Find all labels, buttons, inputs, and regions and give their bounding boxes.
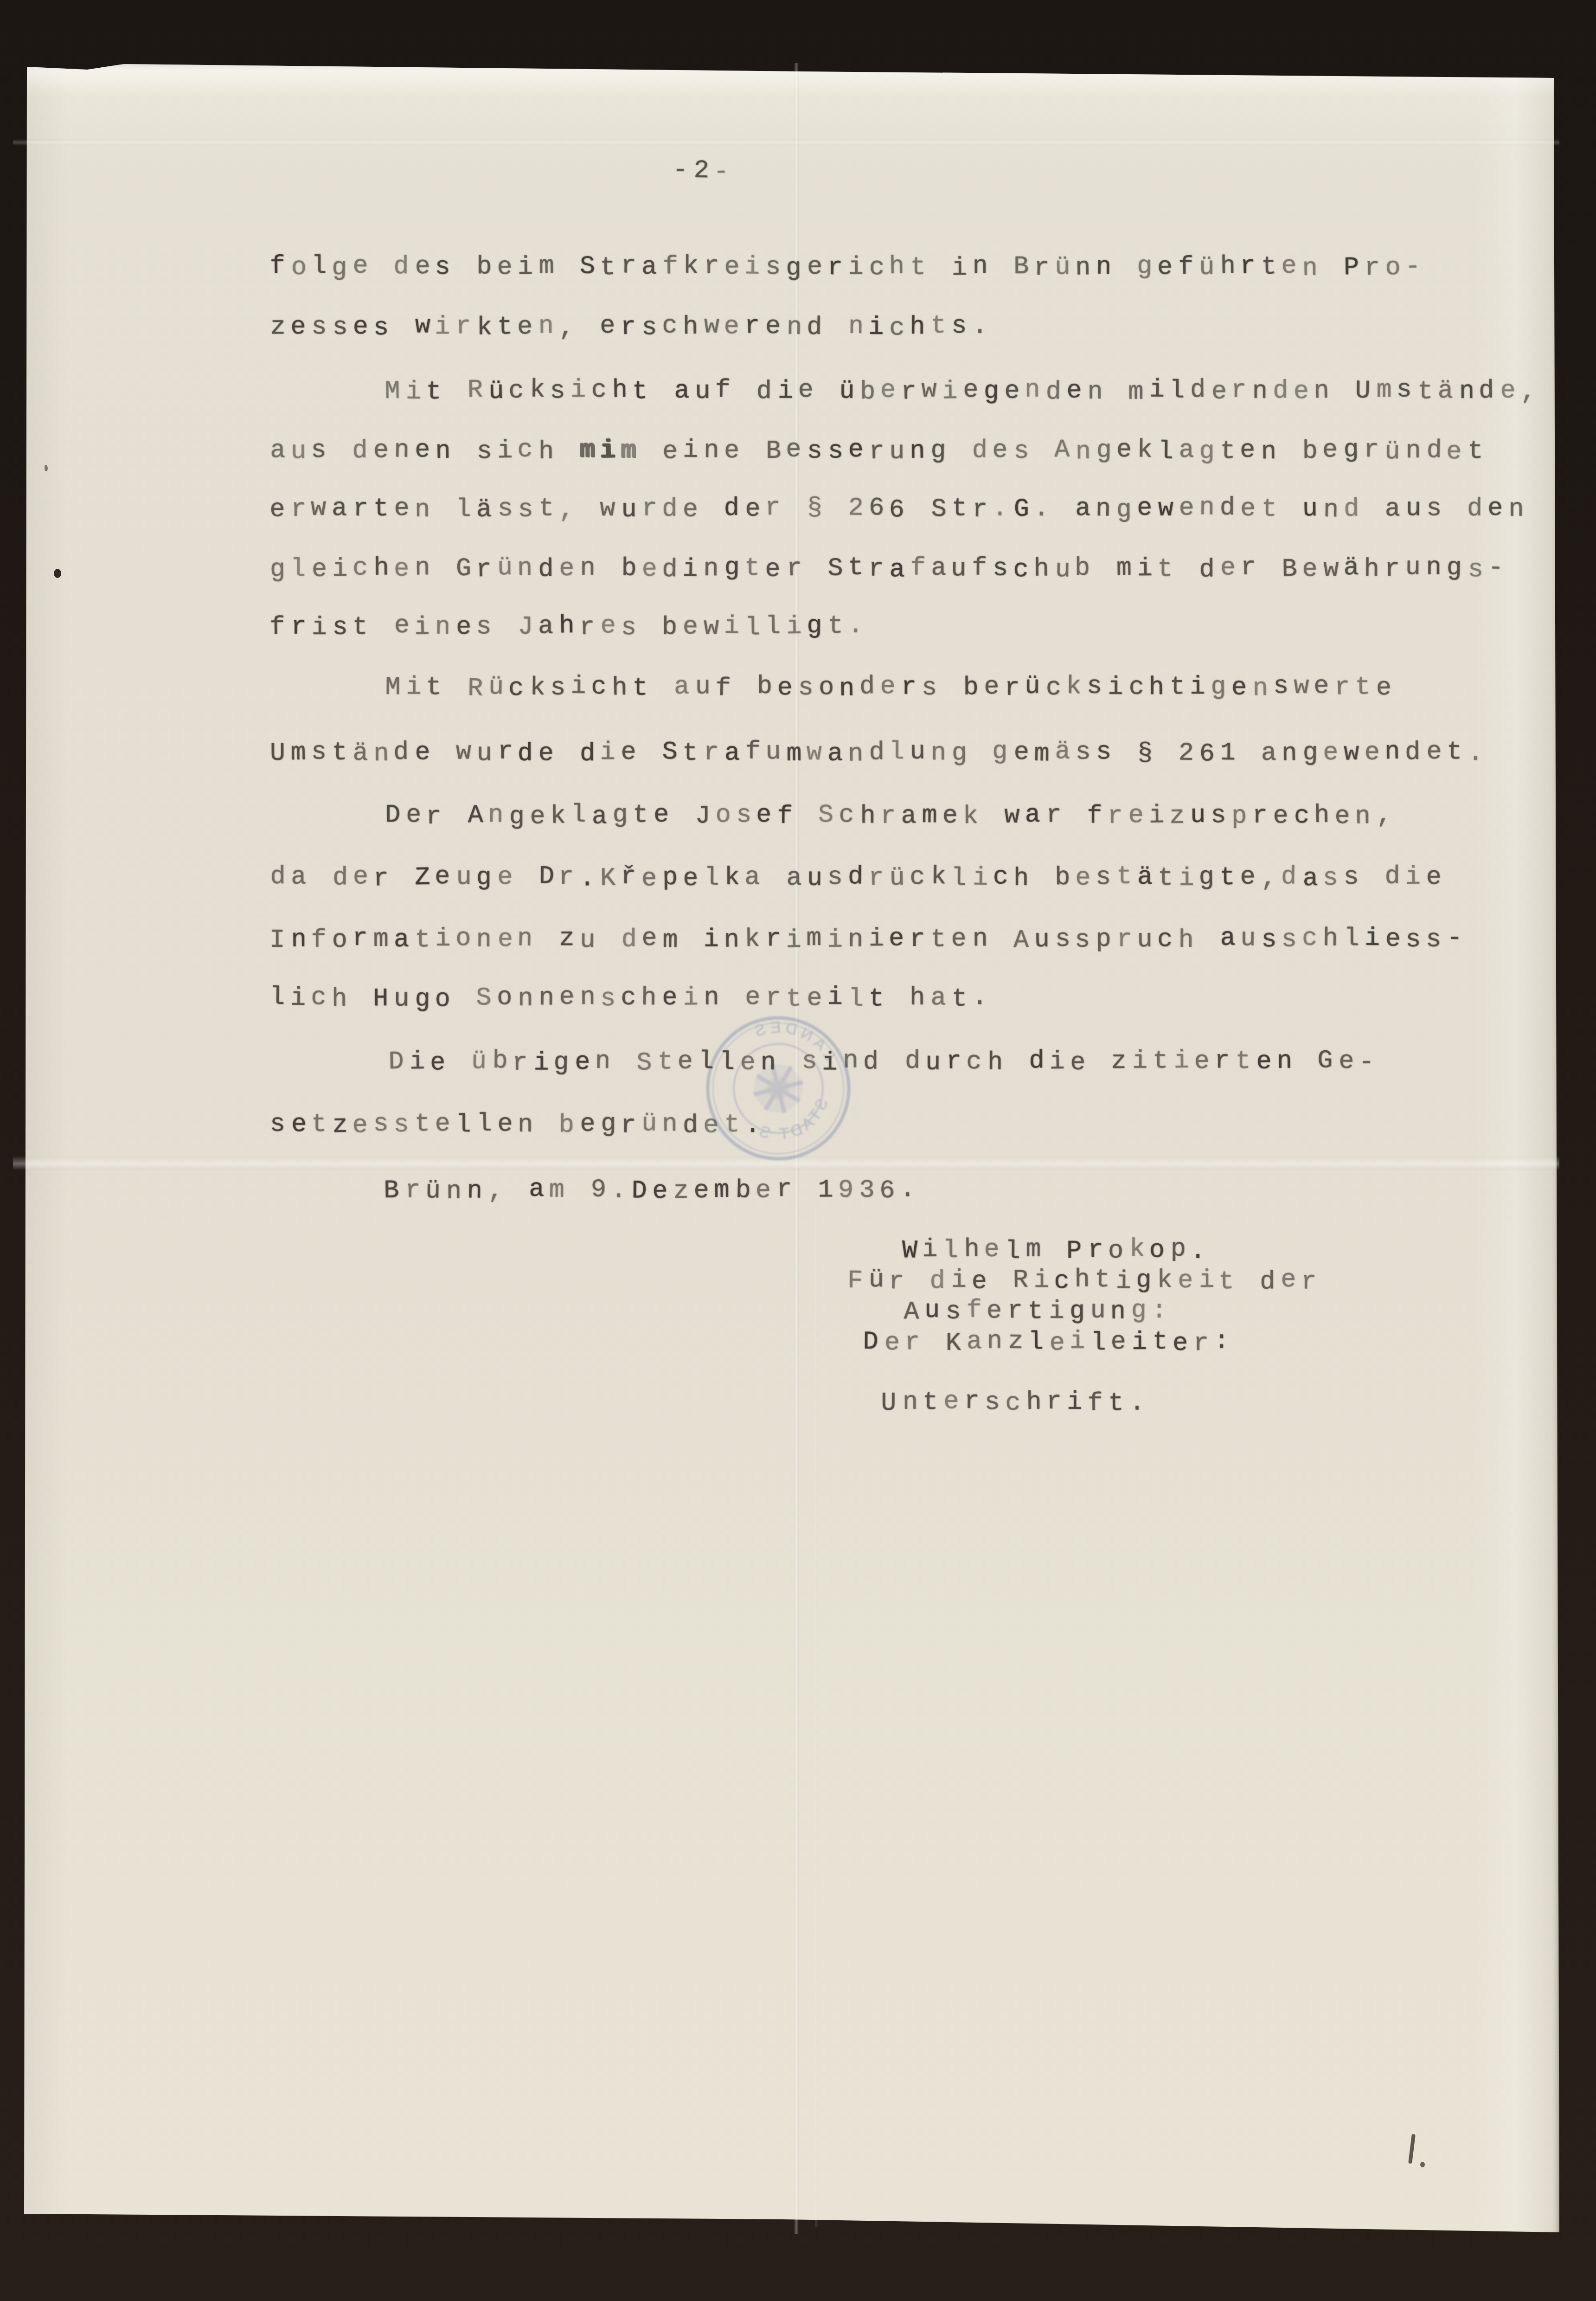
- pen-mark-dot: [1420, 2162, 1425, 2167]
- ink-speck: [54, 569, 61, 578]
- body-line: setzesstellen begründet.: [270, 1110, 765, 1140]
- body-line: aus denen sich mim eine Besserung des An…: [270, 436, 1488, 466]
- body-line: Der Angeklagte Josef Schramek war freizu…: [385, 801, 1397, 831]
- signature-certify-1: Für die Richtigkeit der: [847, 1266, 1322, 1296]
- body-line: zesses wirkten, erschwerend nichts.: [270, 312, 993, 342]
- date-line: Brünn, am 9.Dezember 1936.: [384, 1176, 921, 1206]
- scanned-document-photo: LANDES STADT S -2- folge des beim Strafk…: [0, 0, 1596, 2301]
- body-line: frist eines Jahres bewilligt.: [270, 612, 869, 642]
- page-number: -2-: [673, 156, 735, 186]
- body-line: Mit Rücksicht auf besonders berücksichti…: [385, 673, 1397, 703]
- body-line: erwarten lässt, wurde der § 266 Str.G. a…: [270, 494, 1529, 524]
- body-line: Informationen zu dem inkriminierten Auss…: [270, 925, 1468, 955]
- body-line: Die übrigen Stellen sind durch die zitie…: [389, 1047, 1380, 1077]
- signature-role: Der Kanzleileiter:: [863, 1328, 1235, 1358]
- body-line: Umstände wurde die Strafumwandlung gemäs…: [270, 738, 1488, 768]
- body-line: folge des beim Strafkreisgericht in Brün…: [270, 252, 1426, 283]
- body-line: Mit Rücksicht auf die überwiegenden mild…: [385, 376, 1541, 406]
- body-line: gleichen Gründen bedingter Strafaufschub…: [270, 554, 1509, 584]
- signature-name: Wilhelm Prokop.: [902, 1235, 1211, 1266]
- body-line: lich Hugo Sonnenschein erteilt hat.: [270, 983, 993, 1014]
- signature-placeholder: Unterschrift.: [881, 1388, 1150, 1418]
- body-line: da der Zeuge Dr.Křepelka ausdrücklich be…: [270, 863, 1447, 893]
- signature-certify-2: Ausfertigung:: [904, 1297, 1173, 1327]
- ink-speck: [45, 465, 48, 471]
